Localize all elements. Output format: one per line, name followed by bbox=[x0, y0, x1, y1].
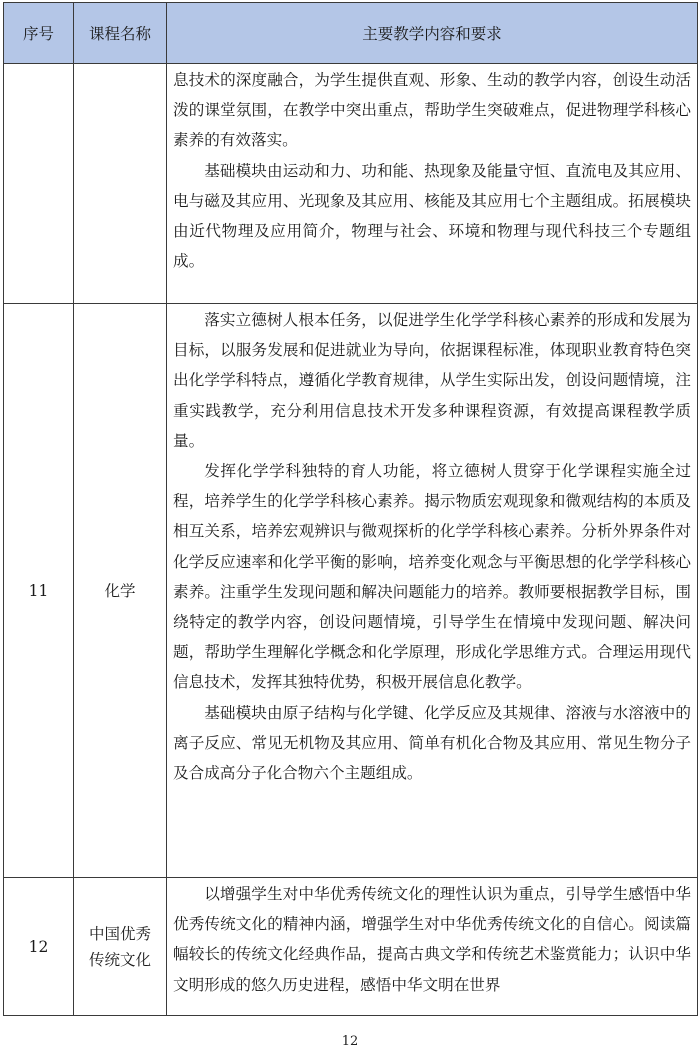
table-row-chemistry: 11 化学 落实立德树人根本任务，以促进学生化学学科核心素养的形成和发展为目标，… bbox=[4, 304, 698, 878]
header-course-name: 课程名称 bbox=[74, 3, 167, 64]
cell-course-name: 中国优秀 传统文化 bbox=[74, 878, 167, 1016]
table-row-physics-continued: 息技术的深度融合，为学生提供直观、形象、生动的教学内容，创设生动活泼的课堂氛围，… bbox=[4, 64, 698, 304]
header-content-requirements: 主要教学内容和要求 bbox=[167, 3, 698, 64]
course-name-line: 中国优秀 bbox=[74, 921, 166, 947]
content-paragraph: 基础模块由原子结构与化学键、化学反应及其规律、溶液与水溶液中的离子反应、常见无机… bbox=[173, 698, 691, 789]
cell-course-name: 化学 bbox=[74, 304, 167, 878]
content-paragraph: 基础模块由运动和力、功和能、热现象及能量守恒、直流电及其应用、电与磁及其应用、光… bbox=[173, 156, 691, 277]
cell-content: 落实立德树人根本任务，以促进学生化学学科核心素养的形成和发展为目标，以服务发展和… bbox=[167, 304, 698, 878]
content-paragraph: 以增强学生对中华优秀传统文化的理性认识为重点，引导学生感悟中华优秀传统文化的精神… bbox=[173, 879, 691, 1000]
content-paragraph: 发挥化学学科独特的育人功能，将立德树人贯穿于化学课程实施全过程，培养学生的化学学… bbox=[173, 456, 691, 698]
course-name-line: 传统文化 bbox=[74, 947, 166, 973]
page-number: 12 bbox=[0, 1034, 700, 1049]
course-table: 序号 课程名称 主要教学内容和要求 息技术的深度融合，为学生提供直观、形象、生动… bbox=[3, 2, 698, 1016]
header-serial-number: 序号 bbox=[4, 3, 74, 64]
cell-content: 以增强学生对中华优秀传统文化的理性认识为重点，引导学生感悟中华优秀传统文化的精神… bbox=[167, 878, 698, 1016]
cell-serial-number bbox=[4, 64, 74, 304]
content-paragraph: 落实立德树人根本任务，以促进学生化学学科核心素养的形成和发展为目标，以服务发展和… bbox=[173, 305, 691, 456]
cell-serial-number: 11 bbox=[4, 304, 74, 878]
cell-serial-number: 12 bbox=[4, 878, 74, 1016]
table-header-row: 序号 课程名称 主要教学内容和要求 bbox=[4, 3, 698, 64]
cell-course-name bbox=[74, 64, 167, 304]
content-paragraph: 息技术的深度融合，为学生提供直观、形象、生动的教学内容，创设生动活泼的课堂氛围，… bbox=[173, 65, 691, 156]
cell-content: 息技术的深度融合，为学生提供直观、形象、生动的教学内容，创设生动活泼的课堂氛围，… bbox=[167, 64, 698, 304]
table-row-traditional-culture: 12 中国优秀 传统文化 以增强学生对中华优秀传统文化的理性认识为重点，引导学生… bbox=[4, 878, 698, 1016]
